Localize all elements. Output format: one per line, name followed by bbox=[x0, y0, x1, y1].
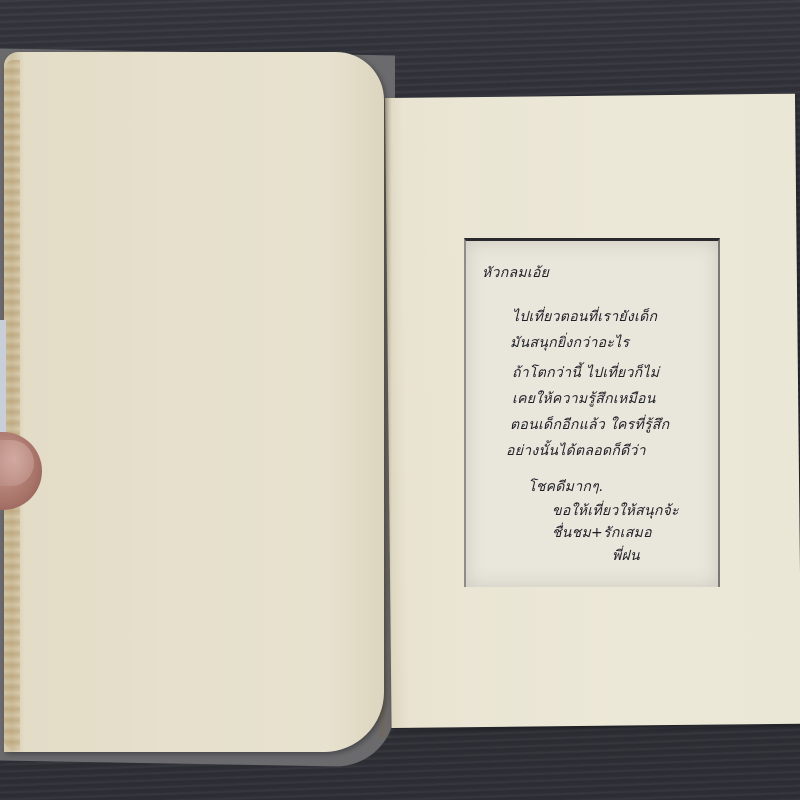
note-closing-1: โชคดีมากๆ. bbox=[528, 476, 604, 498]
note-greeting: หัวกลมเอ้ย bbox=[482, 262, 549, 284]
page-edge-foxing bbox=[4, 60, 20, 750]
note-closing-3: ชื่นชม+รักเสมอ bbox=[552, 522, 652, 544]
note-line-6: อย่างนั้นได้ตลอดก็ดีว่า bbox=[506, 440, 646, 462]
note-signature: พี่ฝน bbox=[612, 545, 640, 567]
note-line-3: ถ้าโตกว่านี้ ไปเที่ยวก็ไม่ bbox=[512, 362, 659, 384]
sleeve bbox=[0, 320, 6, 450]
note-line-5: ตอนเด็กอีกแล้ว ใครที่รู้สึก bbox=[510, 414, 669, 436]
note-line-1: ไปเที่ยวตอนที่เรายังเด็ก bbox=[512, 306, 657, 328]
note-line-4: เคยให้ความรู้สึกเหมือน bbox=[512, 388, 656, 410]
left-page-blank bbox=[4, 52, 384, 752]
note-closing-2: ขอให้เที่ยวให้สนุกจ้ะ bbox=[552, 500, 679, 522]
note-line-2: มันสนุกยิ่งกว่าอะไร bbox=[510, 332, 629, 354]
